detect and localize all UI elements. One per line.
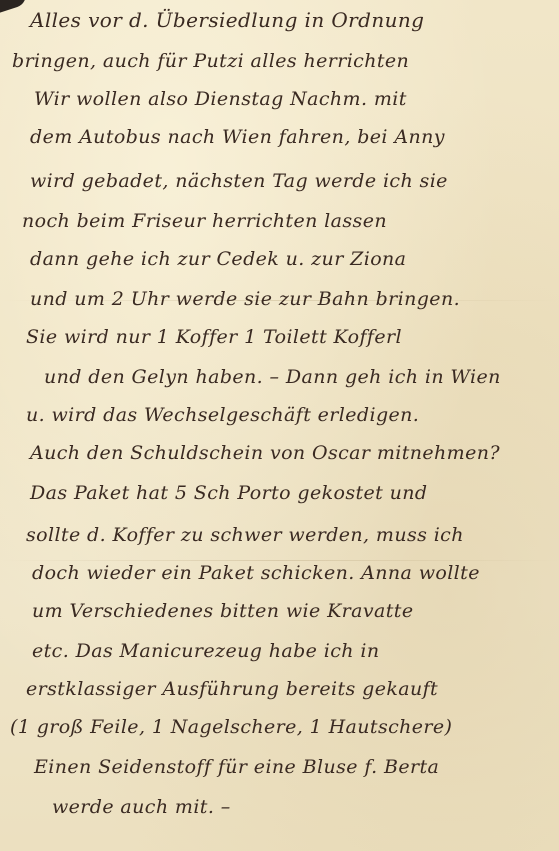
letter-page: Alles vor d. Übersiedlung in Ordnung bri…	[0, 0, 559, 851]
handwritten-line: Sie wird nur 1 Koffer 1 Toilett Kofferl	[26, 326, 402, 348]
paper-fold	[0, 560, 559, 561]
handwritten-line: doch wieder ein Paket schicken. Anna wol…	[32, 562, 480, 584]
handwritten-line: etc. Das Manicurezeug habe ich in	[32, 640, 379, 662]
handwritten-line: und um 2 Uhr werde sie zur Bahn bringen.	[30, 288, 460, 310]
handwritten-line: Wir wollen also Dienstag Nachm. mit	[34, 88, 407, 110]
handwritten-line: Einen Seidenstoff für eine Bluse f. Bert…	[34, 756, 439, 778]
handwritten-line: werde auch mit. –	[52, 796, 231, 818]
handwritten-line: dann gehe ich zur Cedek u. zur Ziona	[30, 248, 406, 270]
handwritten-line: (1 groß Feile, 1 Nagelschere, 1 Hautsche…	[10, 716, 452, 738]
handwritten-line: bringen, auch für Putzi alles herrichten	[12, 50, 409, 72]
handwritten-line: dem Autobus nach Wien fahren, bei Anny	[30, 126, 445, 148]
handwritten-line: Alles vor d. Übersiedlung in Ordnung	[30, 8, 424, 32]
handwritten-line: sollte d. Koffer zu schwer werden, muss …	[26, 524, 464, 546]
handwritten-line: wird gebadet, nächsten Tag werde ich sie	[30, 170, 448, 192]
handwritten-line: noch beim Friseur herrichten lassen	[22, 210, 387, 232]
handwritten-line: um Verschiedenes bitten wie Kravatte	[32, 600, 413, 622]
handwritten-line: erstklassiger Ausführung bereits gekauft	[26, 678, 438, 700]
handwritten-line: u. wird das Wechselgeschäft erledigen.	[26, 404, 419, 426]
handwritten-line: Auch den Schuldschein von Oscar mitnehme…	[30, 442, 500, 464]
handwritten-line: und den Gelyn haben. – Dann geh ich in W…	[44, 366, 501, 388]
handwritten-line: Das Paket hat 5 Sch Porto gekostet und	[30, 482, 428, 504]
page-corner-shadow	[0, 0, 29, 16]
